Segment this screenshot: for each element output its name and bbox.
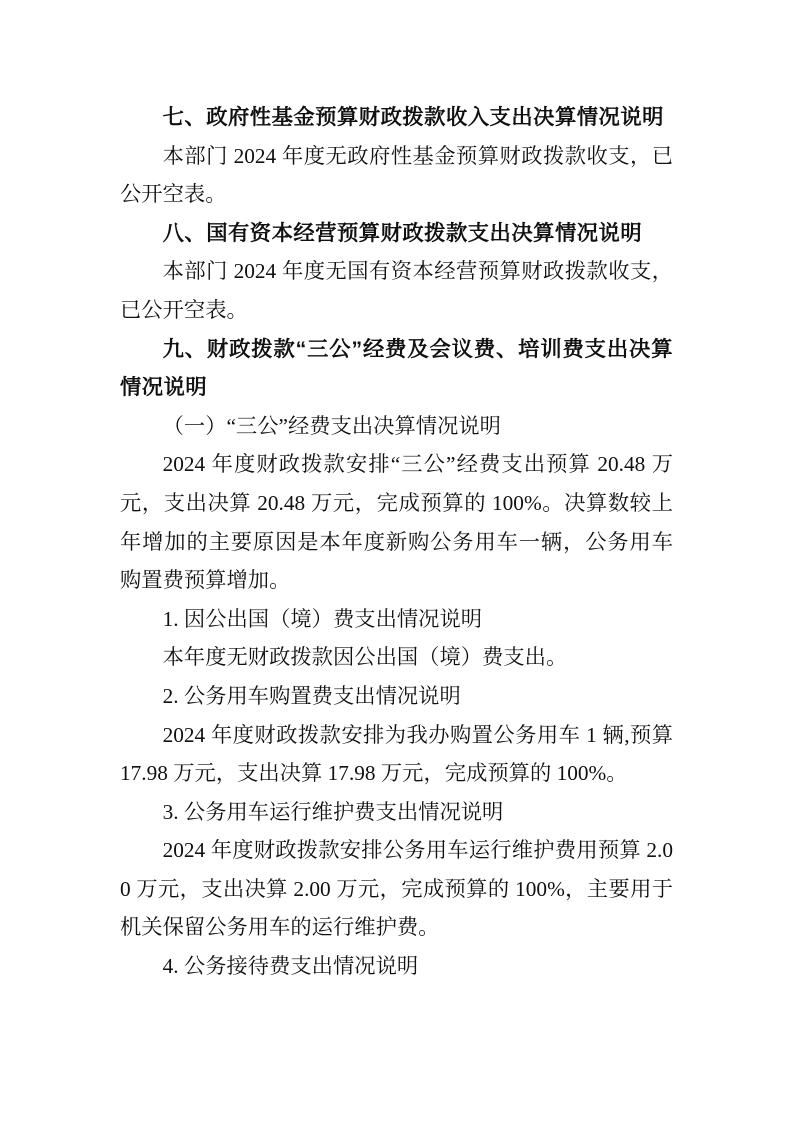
heading-section-seven: 七、政府性基金预算财政拨款收入支出决算情况说明 bbox=[120, 98, 673, 137]
document-page: 七、政府性基金预算财政拨款收入支出决算情况说明 本部门 2024 年度无政府性基… bbox=[0, 0, 793, 1122]
heading-section-nine: 九、财政拨款“三公”经费及会议费、培训费支出决算情况说明 bbox=[120, 330, 673, 407]
para-three-public-total: 2024 年度财政拨款安排“三公”经费支出预算 20.48 万元，支出决算 20… bbox=[120, 445, 673, 599]
heading-section-eight: 八、国有资本经营预算财政拨款支出决算情况说明 bbox=[120, 214, 673, 253]
item-1-abroad-expense: 1. 因公出国（境）费支出情况说明 bbox=[120, 600, 673, 639]
para-vehicle-maintenance: 2024 年度财政拨款安排公务用车运行维护费用预算 2.00 万元，支出决算 2… bbox=[120, 831, 673, 947]
item-4-official-reception: 4. 公务接待费支出情况说明 bbox=[120, 947, 673, 986]
para-state-capital-budget: 本部门 2024 年度无国有资本经营预算财政拨款收支，已公开空表。 bbox=[120, 252, 673, 329]
item-2-vehicle-purchase: 2. 公务用车购置费支出情况说明 bbox=[120, 677, 673, 716]
para-gov-fund-budget: 本部门 2024 年度无政府性基金预算财政拨款收支，已公开空表。 bbox=[120, 137, 673, 214]
para-vehicle-purchase: 2024 年度财政拨款安排为我办购置公务用车 1 辆,预算 17.98 万元，支… bbox=[120, 716, 673, 793]
item-3-vehicle-maintenance: 3. 公务用车运行维护费支出情况说明 bbox=[120, 793, 673, 832]
para-abroad-expense: 本年度无财政拨款因公出国（境）费支出。 bbox=[120, 638, 673, 677]
subheading-three-public: （一）“三公”经费支出决算情况说明 bbox=[120, 407, 673, 446]
